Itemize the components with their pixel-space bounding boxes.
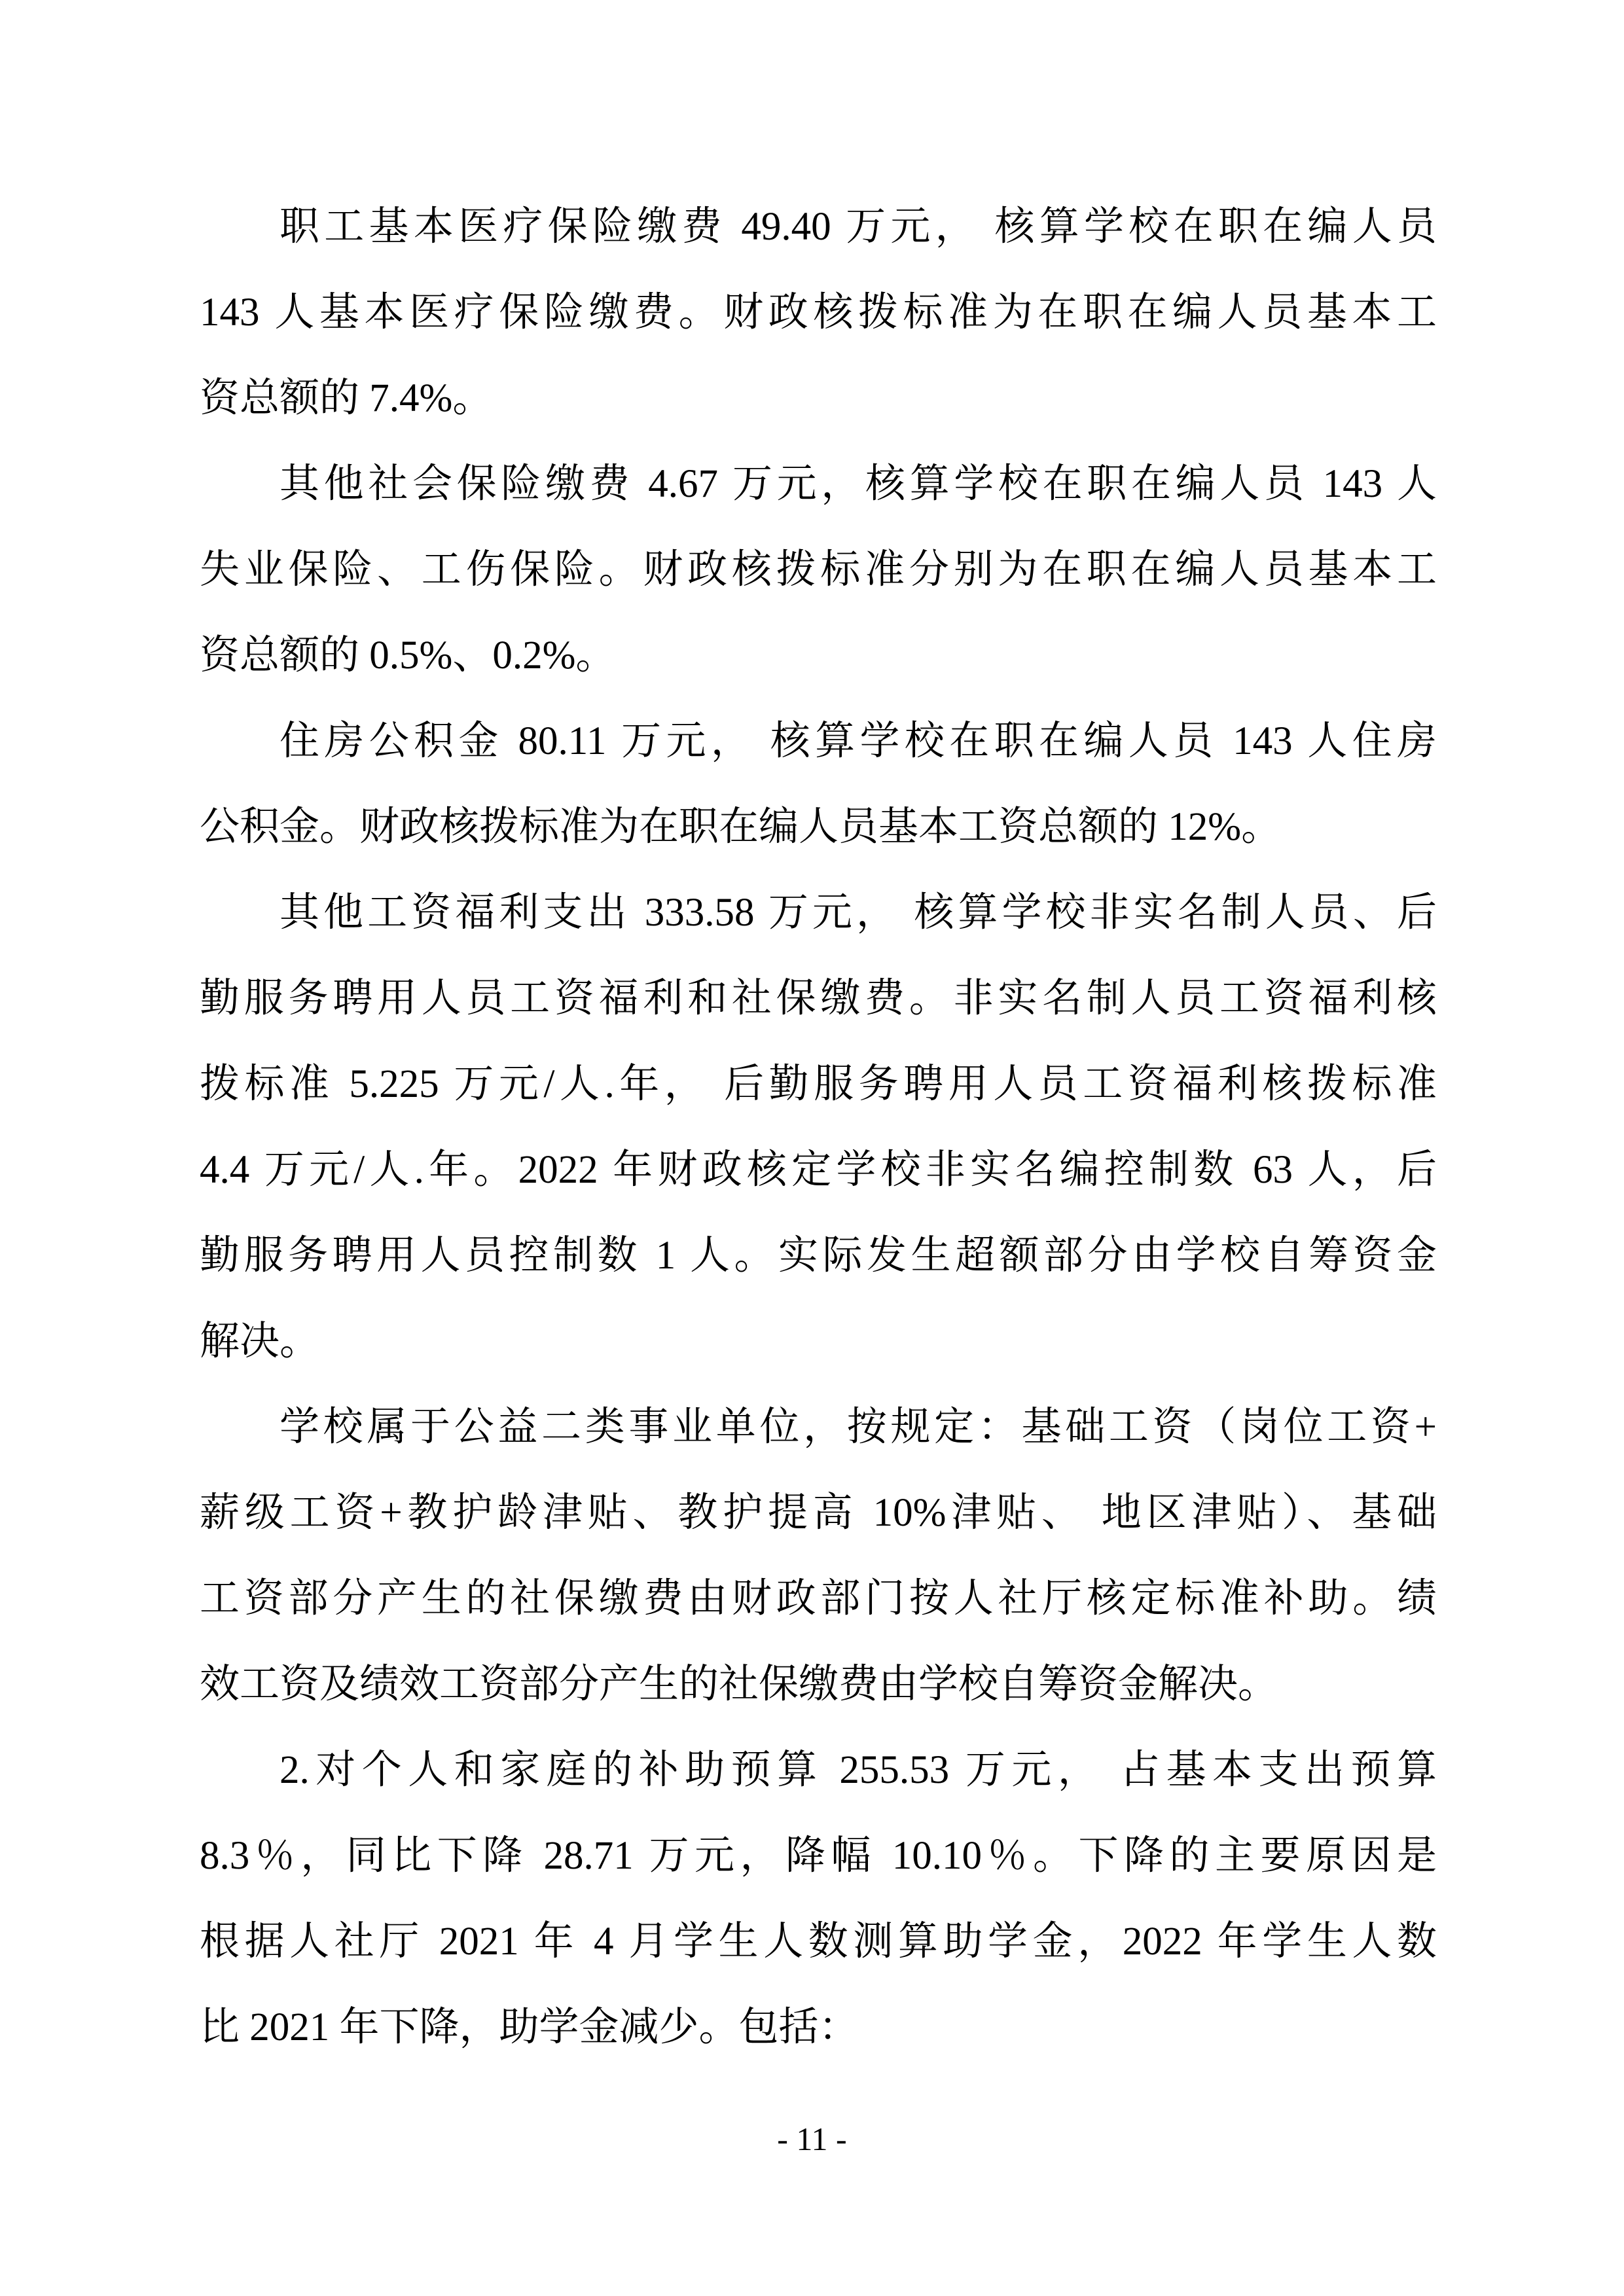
text-line: 4.4 万元/人.年。2022 年财政核定学校非实名编控制数 63 人，后 xyxy=(200,1127,1437,1213)
text-line: 职工基本医疗保险缴费 49.40 万元， 核算学校在职在编人员 xyxy=(200,184,1437,270)
text-line: 2.对个人和家庭的补助预算 255.53 万元， 占基本支出预算 xyxy=(200,1727,1437,1813)
text-line: 勤服务聘用人员控制数 1 人。实际发生超额部分由学校自筹资金 xyxy=(200,1213,1437,1299)
page-number: - 11 - xyxy=(0,2119,1624,2159)
text-line: 其他社会保险缴费 4.67 万元，核算学校在职在编人员 143 人 xyxy=(200,441,1437,527)
text-line: 学校属于公益二类事业单位，按规定：基础工资（岗位工资+ xyxy=(200,1384,1437,1470)
text-line: 8.3％，同比下降 28.71 万元，降幅 10.10％。下降的主要原因是 xyxy=(200,1813,1437,1899)
text-line: 比 2021 年下降，助学金减少。包括： xyxy=(200,1984,1437,2070)
text-line: 住房公积金 80.11 万元， 核算学校在职在编人员 143 人住房 xyxy=(200,698,1437,784)
text-line: 公积金。财政核拨标准为在职在编人员基本工资总额的 12%。 xyxy=(200,784,1437,870)
text-line: 效工资及绩效工资部分产生的社保缴费由学校自筹资金解决。 xyxy=(200,1641,1437,1727)
text-line: 解决。 xyxy=(200,1299,1437,1384)
text-line: 拨标准 5.225 万元/人.年， 后勤服务聘用人员工资福利核拨标准 xyxy=(200,1041,1437,1127)
text-line: 失业保险、工伤保险。财政核拨标准分别为在职在编人员基本工 xyxy=(200,527,1437,613)
text-line: 143 人基本医疗保险缴费。财政核拨标准为在职在编人员基本工 xyxy=(200,270,1437,355)
document-page: 职工基本医疗保险缴费 49.40 万元， 核算学校在职在编人员 143 人基本医… xyxy=(0,0,1624,2296)
text-line: 根据人社厅 2021 年 4 月学生人数测算助学金，2022 年学生人数 xyxy=(200,1899,1437,1984)
document-body: 职工基本医疗保险缴费 49.40 万元， 核算学校在职在编人员 143 人基本医… xyxy=(200,184,1437,2070)
text-line: 勤服务聘用人员工资福利和社保缴费。非实名制人员工资福利核 xyxy=(200,956,1437,1041)
text-line: 工资部分产生的社保缴费由财政部门按人社厅核定标准补助。绩 xyxy=(200,1556,1437,1641)
text-line: 其他工资福利支出 333.58 万元， 核算学校非实名制人员、后 xyxy=(200,870,1437,956)
text-line: 资总额的 0.5%、0.2%。 xyxy=(200,613,1437,698)
text-line: 资总额的 7.4%。 xyxy=(200,355,1437,441)
text-line: 薪级工资+教护龄津贴、教护提高 10%津贴、 地区津贴）、基础 xyxy=(200,1470,1437,1556)
